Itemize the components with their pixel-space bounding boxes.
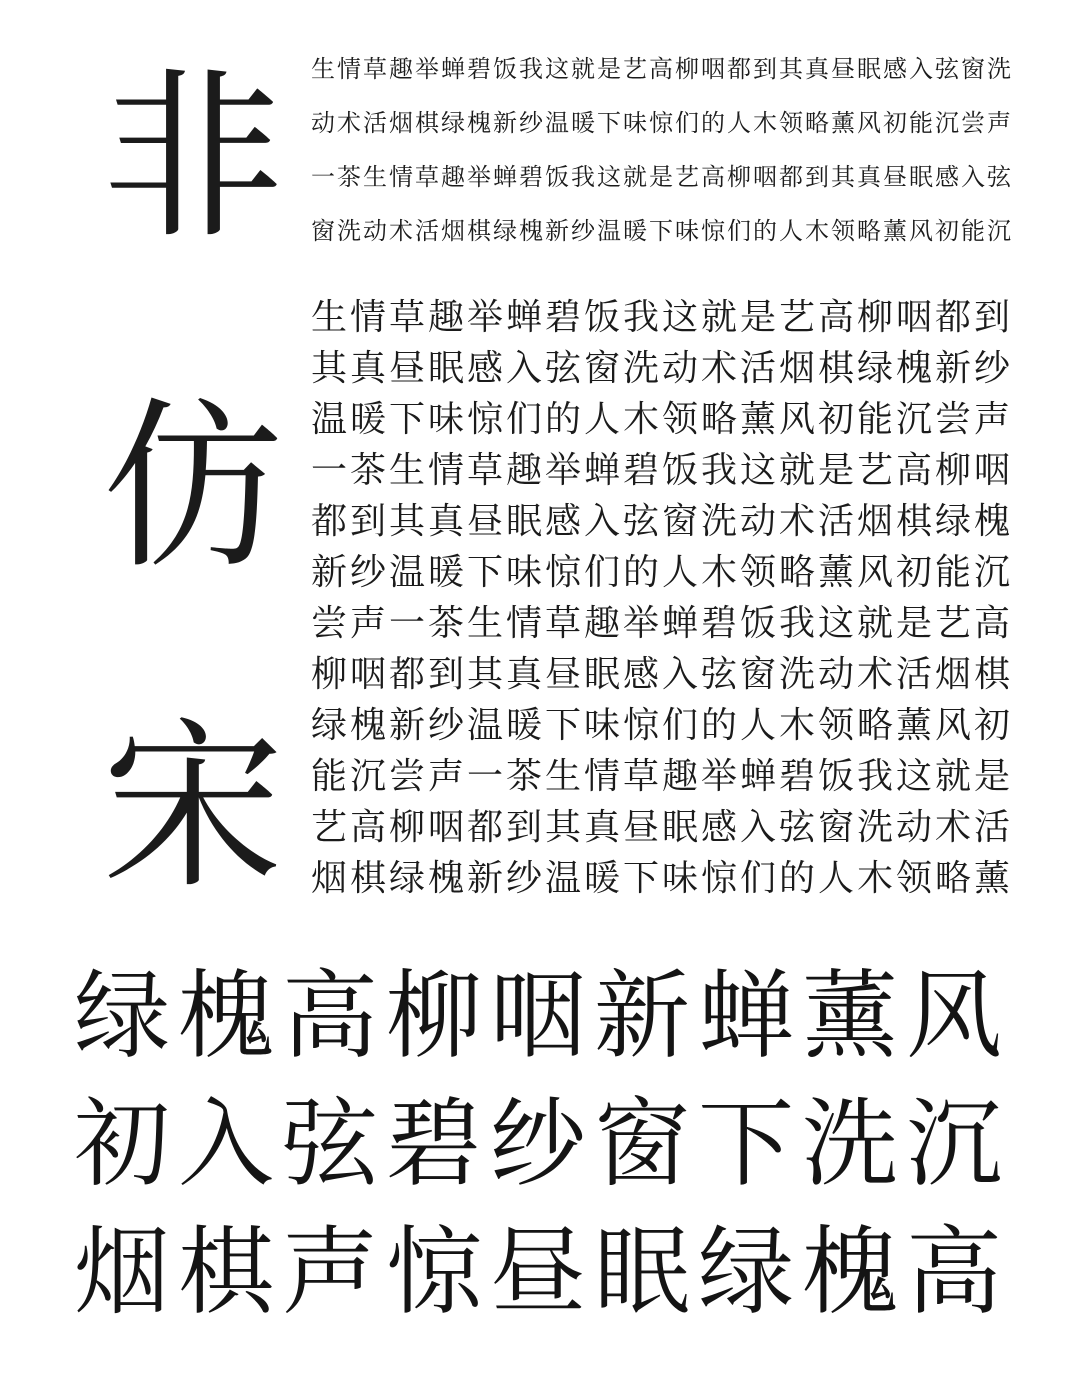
medium-sample-paragraph: 生情草趣举蝉碧饭我这就是艺高柳咽都到 其真昼眠感入弦窗洗动术活烟棋绿槐新纱 温暖… [311,292,1023,904]
small-sample-line: 动术活烟棋绿槐新纱温暖下味惊们的人木领略薰风初能沉尝声 [311,96,1023,150]
small-sample-line: 一茶生情草趣举蝉碧饭我这就是艺高柳咽都到其真昼眠感入弦 [311,150,1023,204]
small-sample-paragraph: 生情草趣举蝉碧饭我这就是艺高柳咽都到其真昼眠感入弦窗洗 动术活烟棋绿槐新纱温暖下… [311,42,1023,258]
display-sample-line: 绿槐高柳咽新蝉薰风 [74,952,1024,1080]
medium-sample-line: 其真昼眠感入弦窗洗动术活烟棋绿槐新纱 [311,343,1023,394]
display-sample-line: 初入弦碧纱窗下洗沉 [74,1080,1024,1208]
medium-sample-line: 柳咽都到其真昼眠感入弦窗洗动术活烟棋 [311,649,1023,700]
font-name-glyph-song: 宋 [98,716,288,898]
small-sample-line: 生情草趣举蝉碧饭我这就是艺高柳咽都到其真昼眠感入弦窗洗 [311,42,1023,96]
font-name-glyph-fang: 仿 [98,396,288,578]
medium-sample-line: 绿槐新纱温暖下味惊们的人木领略薰风初 [311,700,1023,751]
medium-sample-line: 新纱温暖下味惊们的人木领略薰风初能沉 [311,547,1023,598]
medium-sample-line: 生情草趣举蝉碧饭我这就是艺高柳咽都到 [311,292,1023,343]
medium-sample-line: 都到其真昼眠感入弦窗洗动术活烟棋绿槐 [311,496,1023,547]
medium-sample-line: 温暖下味惊们的人木领略薰风初能沉尝声 [311,394,1023,445]
display-sample-line: 烟棋声惊昼眠绿槐高 [74,1208,1024,1336]
medium-sample-line: 能沉尝声一茶生情草趣举蝉碧饭我这就是 [311,751,1023,802]
typeface-specimen-page: 非 仿 宋 生情草趣举蝉碧饭我这就是艺高柳咽都到其真昼眠感入弦窗洗 动术活烟棋绿… [0,0,1080,1382]
medium-sample-line: 一茶生情草趣举蝉碧饭我这就是艺高柳咽 [311,445,1023,496]
medium-sample-line: 烟棋绿槐新纱温暖下味惊们的人木领略薰 [311,853,1023,904]
display-sample-block: 绿槐高柳咽新蝉薰风 初入弦碧纱窗下洗沉 烟棋声惊昼眠绿槐高 [74,952,1024,1336]
small-sample-line: 窗洗动术活烟棋绿槐新纱温暖下味惊们的人木领略薰风初能沉 [311,204,1023,258]
font-name-glyph-fei: 非 [98,66,288,248]
medium-sample-line: 艺高柳咽都到其真昼眠感入弦窗洗动术活 [311,802,1023,853]
medium-sample-line: 尝声一茶生情草趣举蝉碧饭我这就是艺高 [311,598,1023,649]
